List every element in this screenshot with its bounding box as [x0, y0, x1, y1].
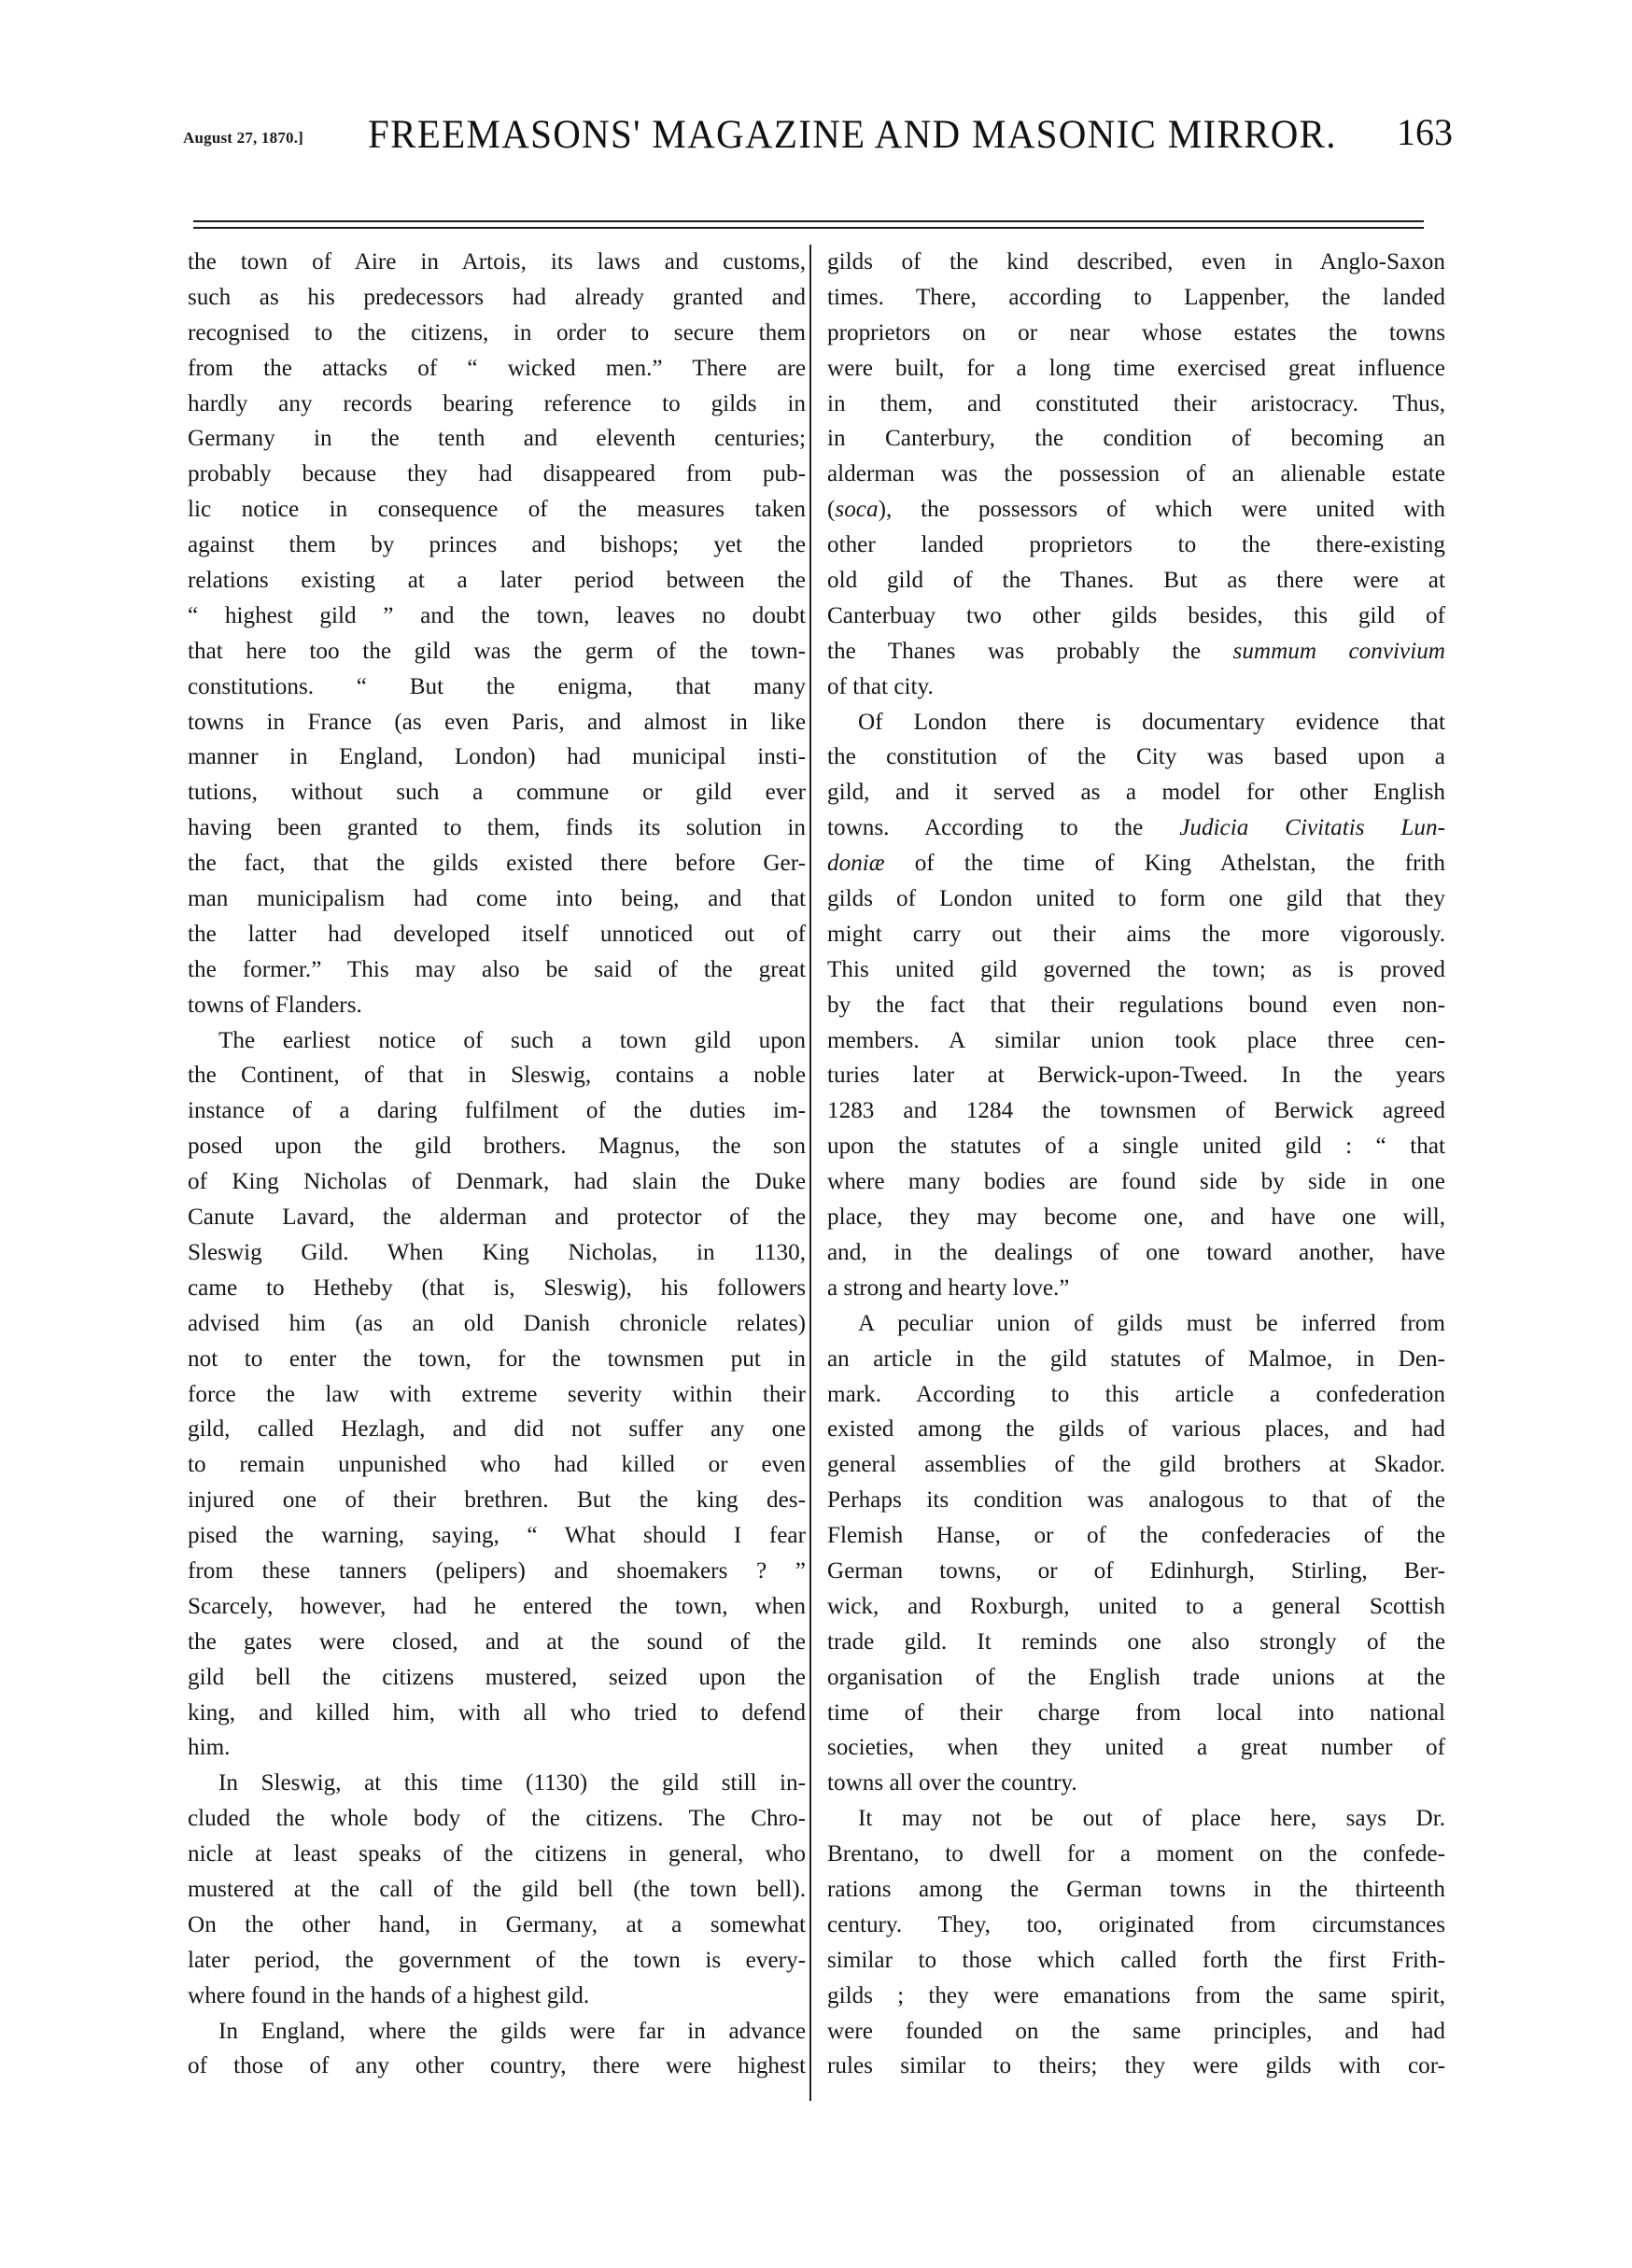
text-line: him. [188, 1730, 806, 1766]
paragraph-first-line: Of London there is documentary evidence … [827, 705, 1445, 740]
text-column-left: the town of Aire in Artois, its laws and… [188, 245, 806, 2084]
text-line: On the other hand, in Germany, at a some… [188, 1908, 806, 1943]
text-line: Flemish Hanse, or of the confederacies o… [827, 1518, 1445, 1554]
text-line: societies, when they united a great numb… [827, 1730, 1445, 1766]
text-line: other landed proprietors to the there-ex… [827, 528, 1445, 563]
text-line: century. They, too, originated from circ… [827, 1908, 1445, 1943]
italic-latin-term: summum convivium [1233, 639, 1445, 664]
paragraph-first-line: A peculiar union of gilds must be inferr… [827, 1306, 1445, 1342]
text-line: organisation of the English trade unions… [827, 1660, 1445, 1696]
paragraph-first-line: It may not be out of place here, says Dr… [827, 1801, 1445, 1837]
text-line: such as his predecessors had already gra… [188, 280, 806, 316]
text-line: in them, and constituted their aristocra… [827, 387, 1445, 422]
text-line: cluded the whole body of the citizens. T… [188, 1801, 806, 1837]
text-line: having been granted to them, finds its s… [188, 810, 806, 846]
text-line: “ highest gild ” and the town, leaves no… [188, 599, 806, 634]
text-line: trade gild. It reminds one also strongly… [827, 1625, 1445, 1660]
text-line: a strong and hearty love.” [827, 1271, 1445, 1306]
text-line: gild bell the citizens mustered, seized … [188, 1660, 806, 1696]
text-line: where many bodies are found side by side… [827, 1164, 1445, 1200]
text-line: the Continent, of that in Sleswig, conta… [188, 1058, 806, 1093]
running-header: August 27, 1870.] FREEMASONS' MAGAZINE A… [183, 110, 1453, 166]
text-line: against them by princes and bishops; yet… [188, 528, 806, 563]
text-segment: ), the possessors of which were united w… [879, 497, 1445, 522]
text-line: Perhaps its condition was analogous to t… [827, 1483, 1445, 1518]
text-column-right: gilds of the kind described, even in Ang… [827, 245, 1445, 2084]
text-line: the constitution of the City was based u… [827, 740, 1445, 775]
text-line: were built, for a long time exercised gr… [827, 351, 1445, 387]
text-line: gilds of the kind described, even in Ang… [827, 245, 1445, 280]
text-line: of that city. [827, 669, 1445, 705]
text-segment: the Thanes was probably the [827, 639, 1233, 664]
text-line: wick, and Roxburgh, united to a general … [827, 1589, 1445, 1625]
text-line: general assemblies of the gild brothers … [827, 1447, 1445, 1483]
text-line: manner in England, London) had municipal… [188, 740, 806, 775]
text-line: by the fact that their regulations bound… [827, 988, 1445, 1023]
text-line: to remain unpunished who had killed or e… [188, 1447, 806, 1483]
text-line: Canterbuay two other gilds besides, this… [827, 599, 1445, 634]
text-line: hardly any records bearing reference to … [188, 387, 806, 422]
paragraph-first-line: In England, where the gilds were far in … [188, 2014, 806, 2050]
text-line: the Thanes was probably the summum convi… [827, 634, 1445, 669]
text-line: nicle at least speaks of the citizens in… [188, 1837, 806, 1872]
text-line: an article in the gild statutes of Malmo… [827, 1342, 1445, 1377]
text-line: existed among the gilds of various place… [827, 1412, 1445, 1447]
text-line: towns of Flanders. [188, 988, 806, 1023]
text-line: from the attacks of “ wicked men.” There… [188, 351, 806, 387]
text-line: This united gild governed the town; as i… [827, 952, 1445, 988]
text-segment: towns. According to the [827, 815, 1179, 840]
text-line: mustered at the call of the gild bell (t… [188, 1872, 806, 1908]
text-line: similar to those which called forth the … [827, 1943, 1445, 1979]
header-rule-bottom [193, 227, 1424, 229]
text-line: pised the warning, saying, “ What should… [188, 1518, 806, 1554]
paragraph-first-line: The earliest notice of such a town gild … [188, 1023, 806, 1059]
column-divider [809, 245, 811, 2101]
text-line: of King Nicholas of Denmark, had slain t… [188, 1164, 806, 1200]
text-line: towns in France (as even Paris, and almo… [188, 705, 806, 740]
text-line: posed upon the gild brothers. Magnus, th… [188, 1129, 806, 1164]
text-line: lic notice in consequence of the measure… [188, 492, 806, 528]
page-number: 163 [1397, 110, 1453, 154]
text-line: Scarcely, however, had he entered the to… [188, 1589, 806, 1625]
text-line: might carry out their aims the more vigo… [827, 917, 1445, 952]
text-line: not to enter the town, for the townsmen … [188, 1342, 806, 1377]
text-line: alderman was the possession of an aliena… [827, 457, 1445, 492]
text-line: old gild of the Thanes. But as there wer… [827, 563, 1445, 599]
text-line: came to Hetheby (that is, Sleswig), his … [188, 1271, 806, 1306]
text-line: gild, and it served as a model for other… [827, 775, 1445, 810]
text-line: rules similar to theirs; they were gilds… [827, 2049, 1445, 2084]
italic-latin-term: doniæ [827, 851, 885, 876]
text-line: gilds ; they were emanations from the sa… [827, 1979, 1445, 2014]
text-line: time of their charge from local into nat… [827, 1696, 1445, 1731]
text-line: upon the statutes of a single united gil… [827, 1129, 1445, 1164]
paragraph-first-line: In Sleswig, at this time (1130) the gild… [188, 1766, 806, 1801]
text-line: members. A similar union took place thre… [827, 1023, 1445, 1059]
header-rule-top [193, 220, 1424, 222]
text-line: the gates were closed, and at the sound … [188, 1625, 806, 1660]
text-line: gilds of London united to form one gild … [827, 881, 1445, 917]
text-line: towns. According to the Judicia Civitati… [827, 810, 1445, 846]
text-line: where found in the hands of a highest gi… [188, 1979, 806, 2014]
text-line: place, they may become one, and have one… [827, 1200, 1445, 1235]
text-line: probably because they had disappeared fr… [188, 457, 806, 492]
text-line: later period, the government of the town… [188, 1943, 806, 1979]
text-line: Sleswig Gild. When King Nicholas, in 113… [188, 1235, 806, 1271]
text-line: (soca), the possessors of which were uni… [827, 492, 1445, 528]
issue-date: August 27, 1870.] [183, 129, 303, 148]
text-line: king, and killed him, with all who tried… [188, 1696, 806, 1731]
text-line: mark. According to this article a confed… [827, 1377, 1445, 1413]
text-line: recognised to the citizens, in order to … [188, 316, 806, 351]
text-line: Canute Lavard, the alderman and protecto… [188, 1200, 806, 1235]
text-line: force the law with extreme severity with… [188, 1377, 806, 1413]
text-line: gild, called Hezlagh, and did not suffer… [188, 1412, 806, 1447]
text-line: doniæ of the time of King Athelstan, the… [827, 846, 1445, 881]
text-line: constitutions. “ But the enigma, that ma… [188, 669, 806, 705]
text-line: turies later at Berwick-upon-Tweed. In t… [827, 1058, 1445, 1093]
text-line: instance of a daring fulfilment of the d… [188, 1093, 806, 1129]
text-line: relations existing at a later period bet… [188, 563, 806, 599]
publication-title: FREEMASONS' MAGAZINE AND MASONIC MIRROR. [368, 110, 1337, 157]
text-line: the fact, that the gilds existed there b… [188, 846, 806, 881]
text-line: times. There, according to Lappenber, th… [827, 280, 1445, 316]
text-line: that here too the gild was the germ of t… [188, 634, 806, 669]
text-line: and, in the dealings of one toward anoth… [827, 1235, 1445, 1271]
text-line: German towns, or of Edinhurgh, Stirling,… [827, 1554, 1445, 1589]
text-line: the former.” This may also be said of th… [188, 952, 806, 988]
text-line: from these tanners (pelipers) and shoema… [188, 1554, 806, 1589]
italic-latin-term: soca [835, 497, 878, 522]
text-line: in Canterbury, the condition of becoming… [827, 421, 1445, 457]
text-segment: of the time of King Athelstan, the frith [885, 851, 1445, 876]
text-line: man municipalism had come into being, an… [188, 881, 806, 917]
text-line: tutions, without such a commune or gild … [188, 775, 806, 810]
text-line: 1283 and 1284 the townsmen of Berwick ag… [827, 1093, 1445, 1129]
text-line: proprietors on or near whose estates the… [827, 316, 1445, 351]
italic-latin-term: Judicia Civitatis Lun- [1179, 815, 1445, 840]
text-line: the town of Aire in Artois, its laws and… [188, 245, 806, 280]
text-line: towns all over the country. [827, 1766, 1445, 1801]
text-line: injured one of their brethren. But the k… [188, 1483, 806, 1518]
text-line: of those of any other country, there wer… [188, 2049, 806, 2084]
text-line: rations among the German towns in the th… [827, 1872, 1445, 1908]
text-line: Germany in the tenth and eleventh centur… [188, 421, 806, 457]
text-line: were founded on the same principles, and… [827, 2014, 1445, 2050]
text-line: Brentano, to dwell for a moment on the c… [827, 1837, 1445, 1872]
text-line: advised him (as an old Danish chronicle … [188, 1306, 806, 1342]
text-line: the latter had developed itself unnotice… [188, 917, 806, 952]
